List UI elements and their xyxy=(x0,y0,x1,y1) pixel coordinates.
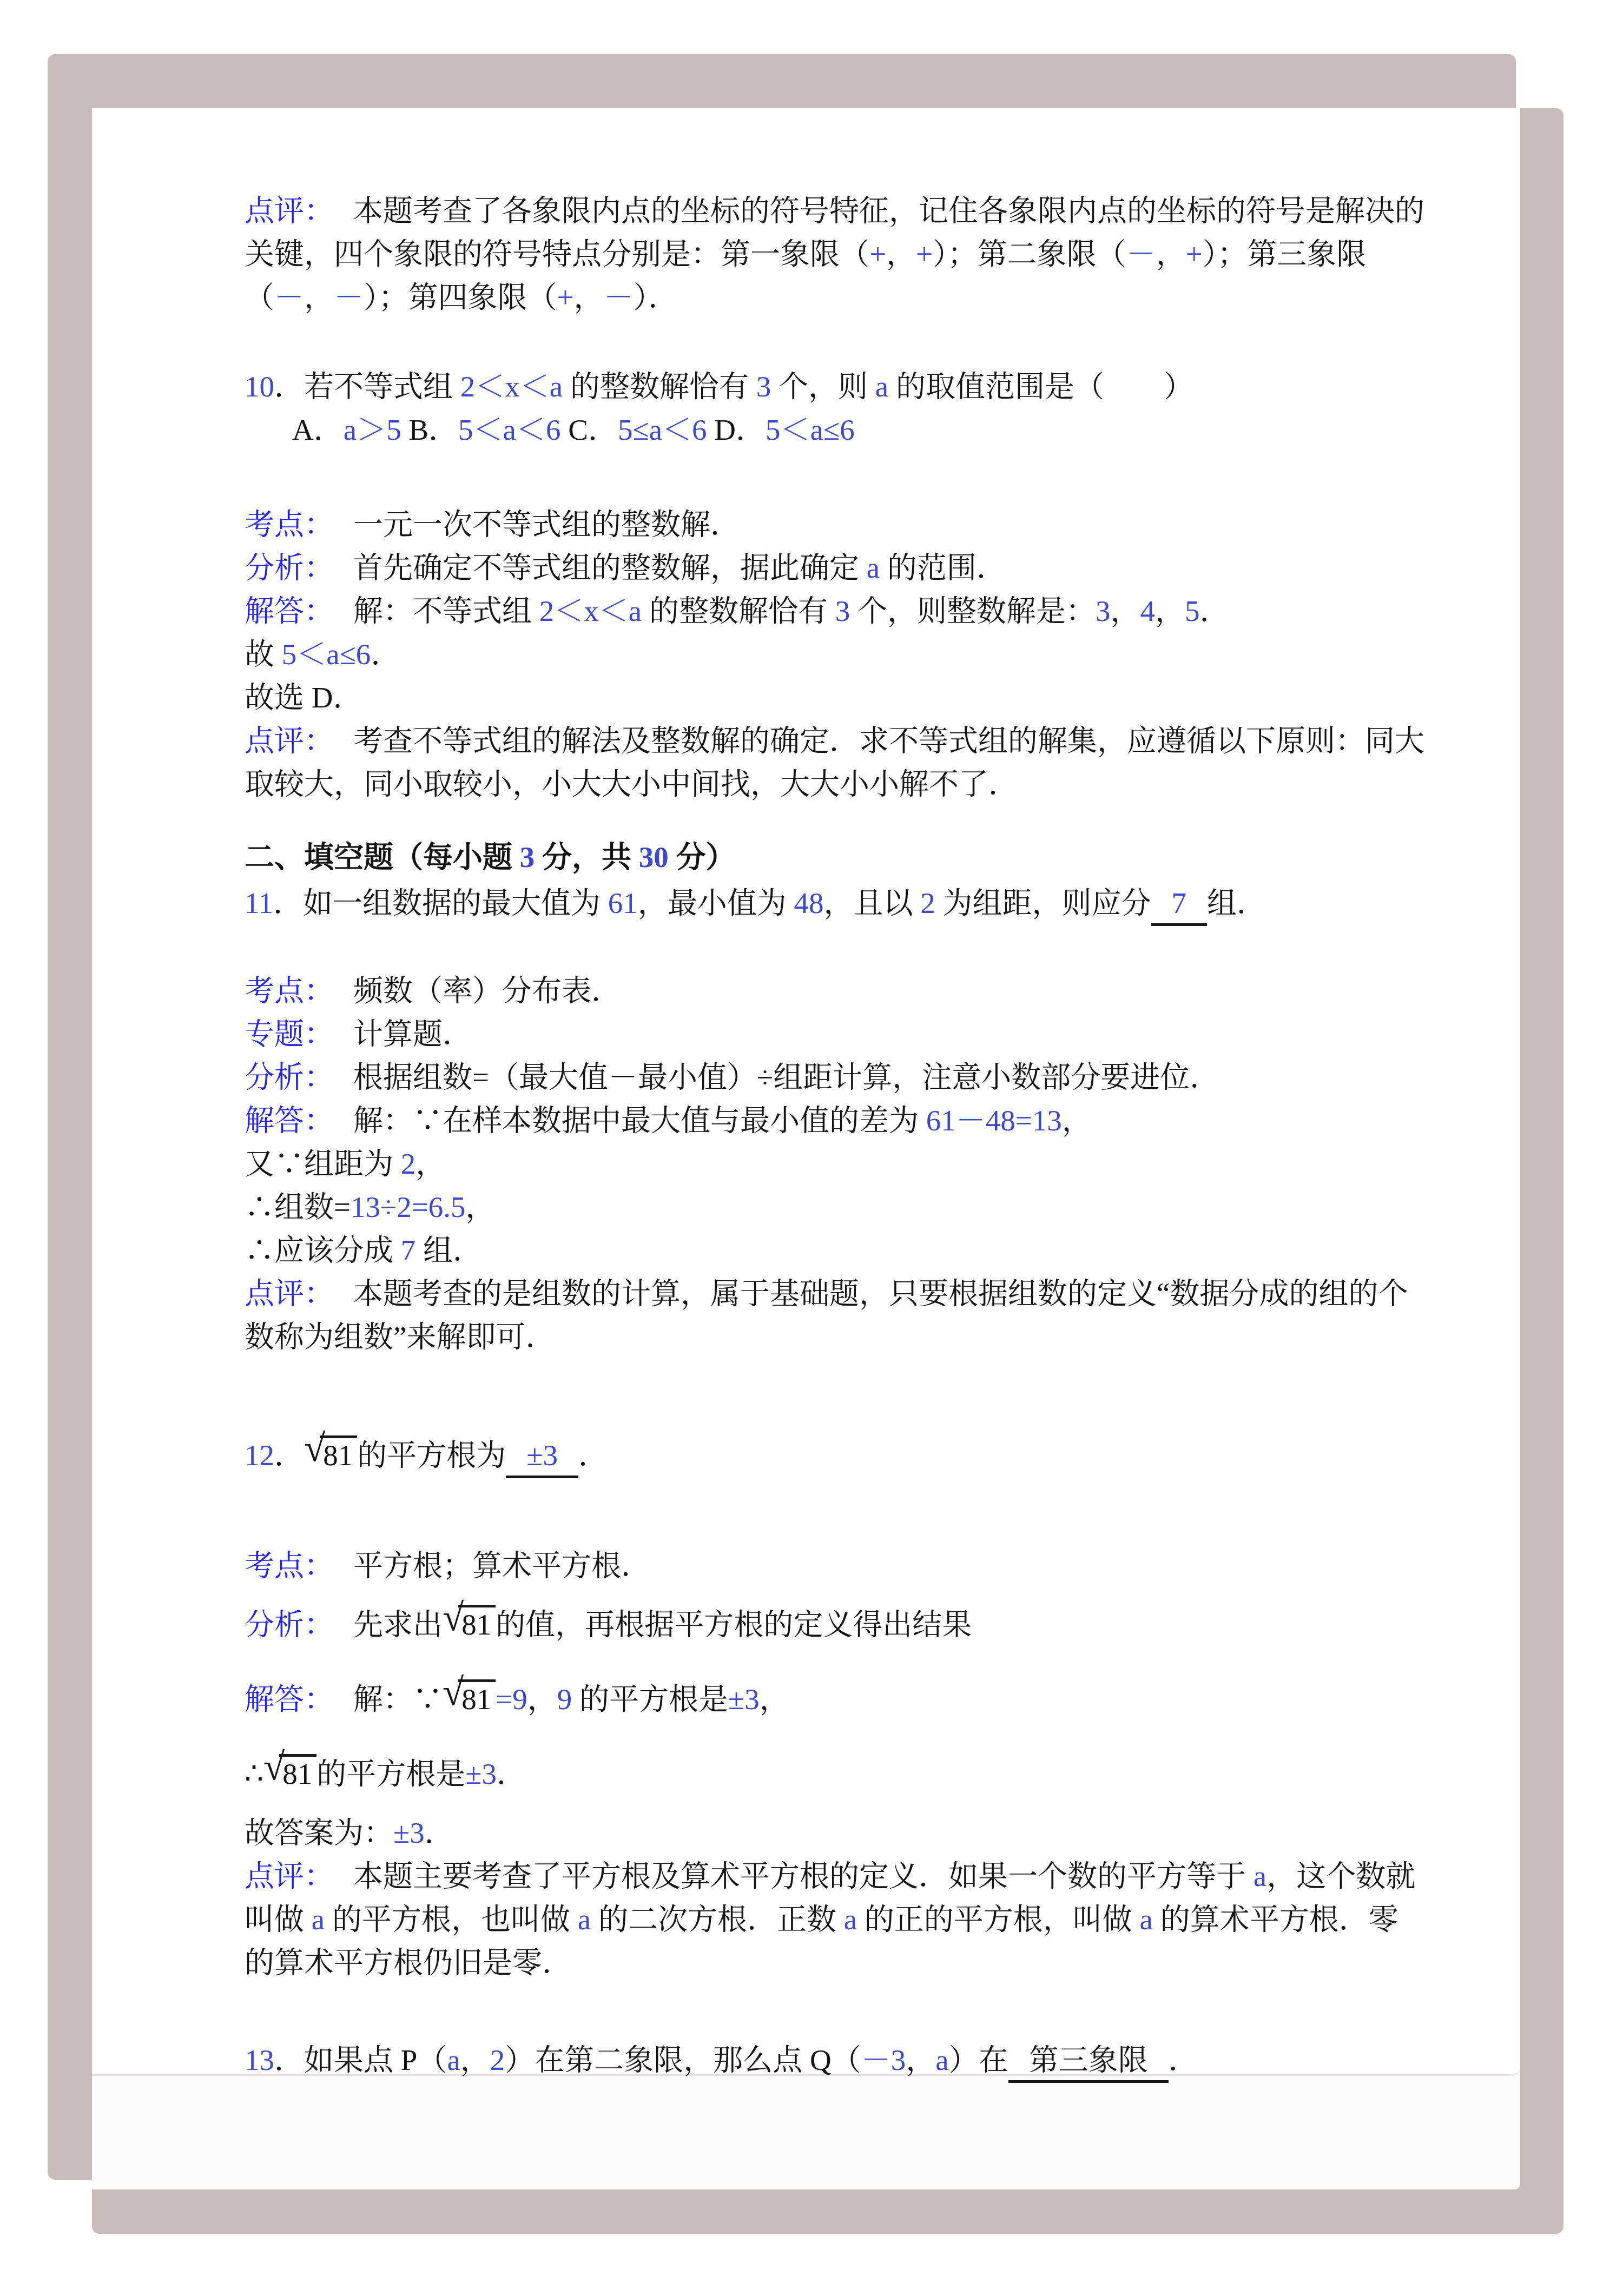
section-label: 专题： xyxy=(245,1017,334,1050)
section-label: 解答： xyxy=(245,1104,334,1137)
text-line: ∴组数=13÷2=6.5， xyxy=(245,1186,1402,1229)
math-run: －3 xyxy=(861,2043,906,2076)
section-label: 分析： xyxy=(245,1061,334,1094)
text-run: 数称为组数”来解即可． xyxy=(245,1320,555,1353)
text-line: 数称为组数”来解即可． xyxy=(245,1315,1402,1359)
text-run: （ xyxy=(245,281,274,314)
text-run: ， xyxy=(304,281,334,314)
latin-run: C． xyxy=(568,413,618,446)
radical-sign-icon: √ xyxy=(443,1598,464,1637)
math-run: 11 xyxy=(245,886,273,919)
text-line: 分析：先求出√81的值，再根据平方根的定义得出结果 xyxy=(245,1587,1402,1662)
math-run: － xyxy=(604,281,634,314)
section-label: 考点： xyxy=(245,508,334,541)
text-run: ．如一组数据的最大值为 xyxy=(273,886,608,919)
math-run: 7 xyxy=(401,1234,416,1267)
math-run: a xyxy=(867,551,880,584)
sqrt-expression: √81 xyxy=(443,1587,496,1662)
heading-run: 分，共 xyxy=(535,841,639,874)
math-run: 5＜a≤6 xyxy=(282,638,371,671)
section-label: 点评： xyxy=(245,194,334,227)
math-run: + xyxy=(1186,237,1203,270)
text-line: ∴应该分成 7 组． xyxy=(245,1229,1402,1272)
text-run: 首先确定不等式组的整数解，据此确定 xyxy=(353,551,867,584)
math-run: 12 xyxy=(245,1439,274,1472)
text-run: ）；第三象限 xyxy=(1203,237,1367,270)
text-run: ， xyxy=(466,1190,496,1223)
heading-math-run: 30 xyxy=(639,841,669,874)
text-run: ．如果点 xyxy=(274,2043,401,2076)
math-run: a＞5 xyxy=(344,413,409,446)
text-line: （－，－）；第四象限（+，－）． xyxy=(245,276,1402,319)
radicand: 81 xyxy=(458,1605,496,1640)
text-line: 故 5＜a≤6． xyxy=(245,633,1402,676)
text-line: ∴√81的平方根是±3． xyxy=(245,1737,1402,1811)
text-run: ， xyxy=(760,1683,789,1716)
comment-paragraph-q9: 点评：本题考查了各象限内点的坐标的符号特征，记住各象限内点的坐标的符号是解决的关… xyxy=(245,189,1402,319)
text-run: 关键，四个象限的符号特点分别是：第一象限（ xyxy=(245,237,869,270)
text-run: 叫做 xyxy=(245,1903,312,1936)
latin-run: B． xyxy=(408,413,458,446)
text-run: 故 xyxy=(245,638,282,671)
sqrt-expression: √81 xyxy=(263,1737,316,1811)
section-heading: 二、填空题（每小题 3 分，共 30 分） xyxy=(245,836,1402,879)
radicand: 81 xyxy=(279,1754,316,1790)
text-run: ）在第二象限，那么点 xyxy=(505,2043,810,2076)
text-line: 10．若不等式组 2＜x＜a 的整数解恰有 3 个，则 a 的取值范围是（ ） xyxy=(245,365,1402,408)
math-run: + xyxy=(869,237,886,270)
math-run: a xyxy=(1253,1860,1266,1893)
text-line: 解答：解：不等式组 2＜x＜a 的整数解恰有 3 个，则整数解是：3，4，5． xyxy=(245,590,1402,633)
text-line: 关键，四个象限的符号特点分别是：第一象限（+，+）；第二象限（－，+）；第三象限 xyxy=(245,233,1402,276)
math-run: =9 xyxy=(496,1683,527,1716)
text-line: 考点：一元一次不等式组的整数解． xyxy=(245,503,1402,546)
text-run: ）；第四象限（ xyxy=(364,281,557,314)
math-run: 5＜a＜6 xyxy=(458,413,568,446)
text-run: 故答案为： xyxy=(245,1816,393,1849)
text-run: ． xyxy=(425,1816,454,1849)
math-run: 3 xyxy=(835,594,850,627)
math-run: 2 xyxy=(490,2043,505,2076)
math-run: ±3 xyxy=(728,1683,760,1716)
section-label: 解答： xyxy=(245,594,334,627)
math-run: 3 xyxy=(756,370,771,403)
sqrt-expression: √81 xyxy=(443,1662,496,1737)
document-content: 点评：本题考查了各象限内点的坐标的符号特征，记住各象限内点的坐标的符号是解决的关… xyxy=(245,189,1402,2083)
text-run: ． xyxy=(1169,2043,1198,2076)
text-run: 解：∵在样本数据中最大值与最小值的差为 xyxy=(353,1104,926,1137)
text-line: 故选 D． xyxy=(245,676,1402,719)
text-run: 的算术平方根．零 xyxy=(1153,1903,1398,1936)
math-run: 61－48=13 xyxy=(926,1104,1062,1137)
text-run: ， xyxy=(1156,237,1186,270)
text-run: ． xyxy=(274,1439,304,1472)
text-run: ）在 xyxy=(949,2043,1008,2076)
text-run: 第三象限 xyxy=(1029,2043,1148,2076)
math-run: 3 xyxy=(1096,594,1111,627)
text-run: 先求出 xyxy=(353,1608,443,1641)
text-run: 的正的平方根，叫做 xyxy=(857,1903,1140,1936)
math-run: a xyxy=(312,1903,325,1936)
text-line: 12．√81的平方根为±3． xyxy=(245,1418,1402,1493)
latin-run: Q xyxy=(810,2043,832,2076)
question-10: 10．若不等式组 2＜x＜a 的整数解恰有 3 个，则 a 的取值范围是（ ）A… xyxy=(245,365,1402,452)
text-line: 点评：本题考查的是组数的计算，属于基础题，只要根据组数的定义“数据分成的组的个 xyxy=(245,1272,1402,1315)
question-11: 11．如一组数据的最大值为 61，最小值为 48，且以 2 为组距，则应分7组． xyxy=(245,882,1402,926)
math-run: － xyxy=(334,281,364,314)
math-run: 5＜a≤6 xyxy=(766,413,855,446)
text-run: ∴组数= xyxy=(245,1190,351,1223)
text-run: 解：∵ xyxy=(353,1683,443,1716)
heading-math-run: 3 xyxy=(520,841,535,874)
text-run: 一元一次不等式组的整数解． xyxy=(353,508,740,541)
text-run: ， xyxy=(886,237,916,270)
text-line: 二、填空题（每小题 3 分，共 30 分） xyxy=(245,836,1402,879)
text-run: ）． xyxy=(634,281,678,314)
section-label: 分析： xyxy=(245,1608,334,1641)
radical-sign-icon: √ xyxy=(263,1748,285,1786)
text-run: 计算题． xyxy=(353,1017,472,1050)
math-run: 9 xyxy=(557,1683,572,1716)
text-run: 的平方根是 xyxy=(572,1683,728,1716)
math-run: a xyxy=(447,2043,460,2076)
text-line: 分析：根据组数=（最大值－最小值）÷组距计算，注意小数部分要进位． xyxy=(245,1056,1402,1099)
text-run: 本题考查的是组数的计算，属于基础题，只要根据组数的定义“数据分成的组的个 xyxy=(353,1277,1408,1310)
text-run: 的平方根是 xyxy=(316,1757,465,1790)
math-run: 5 xyxy=(1185,594,1200,627)
math-run: a xyxy=(935,2043,948,2076)
text-run: ． xyxy=(371,638,400,671)
math-run: a xyxy=(844,1903,857,1936)
solution-10: 考点：一元一次不等式组的整数解．分析：首先确定不等式组的整数解，据此确定 a 的… xyxy=(245,503,1402,806)
text-run: ， xyxy=(460,2043,490,2076)
solution-12: 考点：平方根；算术平方根．分析：先求出√81的值，再根据平方根的定义得出结果解答… xyxy=(245,1544,1402,1984)
text-run: ， xyxy=(1110,594,1140,627)
section-label: 解答： xyxy=(245,1683,334,1716)
text-run: 本题考查了各象限内点的坐标的符号特征，记住各象限内点的坐标的符号是解决的 xyxy=(353,194,1424,227)
text-run: ，且以 xyxy=(824,886,921,919)
text-line: 取较大，同小取较小，小大大小中间找，大大小小解不了． xyxy=(245,763,1402,806)
answer-blank: 7 xyxy=(1151,886,1208,926)
text-line: 点评：本题主要考查了平方根及算术平方根的定义．如果一个数的平方等于 a，这个数就 xyxy=(245,1855,1402,1898)
latin-run: P xyxy=(401,2043,418,2076)
math-run: ±3 xyxy=(465,1757,497,1790)
math-run: 61 xyxy=(608,886,638,919)
text-run: 组． xyxy=(1207,886,1266,919)
text-run: 考查不等式组的解法及整数解的确定．求不等式组的解集，应遵循以下原则：同大 xyxy=(353,724,1424,757)
math-run: － xyxy=(1126,237,1156,270)
math-run: － xyxy=(274,281,304,314)
text-line: 考点：频数（率）分布表． xyxy=(245,969,1402,1013)
math-run: ±3 xyxy=(393,1816,425,1849)
latin-run: A． xyxy=(292,413,344,446)
text-run: （ xyxy=(417,2043,447,2076)
text-line: 考点：平方根；算术平方根． xyxy=(245,1544,1402,1587)
text-line: 的算术平方根仍旧是零． xyxy=(245,1941,1402,1984)
text-run: ，这个数就 xyxy=(1266,1860,1415,1893)
text-line: 又∵组距为 2， xyxy=(245,1142,1402,1186)
text-run: ，最小值为 xyxy=(638,886,794,919)
math-run: 13 xyxy=(245,2043,274,2076)
text-run: ， xyxy=(415,1147,445,1180)
answer-blank: ±3 xyxy=(506,1439,578,1478)
math-run: 2＜x＜a xyxy=(460,370,563,403)
radical-sign-icon: √ xyxy=(304,1429,325,1468)
text-run: （ xyxy=(832,2043,861,2076)
text-run: 取较大，同小取较小，小大大小中间找，大大小小解不了． xyxy=(245,767,1018,800)
text-run: 的整数解恰有 xyxy=(563,370,756,403)
math-run: + xyxy=(557,281,574,314)
section-label: 点评： xyxy=(245,724,334,757)
answer-blank: 第三象限 xyxy=(1008,2043,1169,2083)
text-run: 的整数解恰有 xyxy=(642,594,835,627)
text-run: 解：不等式组 xyxy=(353,594,539,627)
text-run: ∴ xyxy=(245,1757,263,1790)
math-run: a xyxy=(1140,1903,1153,1936)
text-run: ． xyxy=(578,1439,608,1472)
text-line: 专题：计算题． xyxy=(245,1013,1402,1056)
text-line: 解答：解：∵√81=9，9 的平方根是±3， xyxy=(245,1662,1402,1737)
text-line: A．a＞5 B．5＜a＜6 C．5≤a＜6 D．5＜a≤6 xyxy=(245,408,1402,452)
solution-11: 考点：频数（率）分布表．专题：计算题．分析：根据组数=（最大值－最小值）÷组距计… xyxy=(245,969,1402,1359)
text-run: ∴应该分成 xyxy=(245,1234,401,1267)
math-run: 2 xyxy=(920,886,935,919)
text-run: 个，则整数解是： xyxy=(850,594,1096,627)
math-run: 5≤a＜6 xyxy=(618,413,714,446)
math-run: + xyxy=(916,237,933,270)
radical-sign-icon: √ xyxy=(443,1673,464,1712)
text-run: ． xyxy=(333,681,363,714)
heading-run: 分） xyxy=(669,841,736,874)
text-line: 点评：本题考查了各象限内点的坐标的符号特征，记住各象限内点的坐标的符号是解决的 xyxy=(245,189,1402,233)
text-run: 的值，再根据平方根的定义得出结果 xyxy=(496,1608,972,1641)
text-run: 为组距，则应分 xyxy=(935,886,1151,919)
text-run: ． xyxy=(1200,594,1230,627)
text-run: 的算术平方根仍旧是零． xyxy=(245,1946,572,1979)
text-run: ）；第二象限（ xyxy=(933,237,1126,270)
section-label: 考点： xyxy=(245,974,334,1007)
math-run: 4 xyxy=(1140,594,1156,627)
text-run: ， xyxy=(527,1683,557,1716)
radicand: 81 xyxy=(458,1679,496,1715)
text-run: 根据组数=（最大值－最小值）÷组距计算，注意小数部分要进位． xyxy=(353,1061,1219,1094)
text-line: 故答案为：±3． xyxy=(245,1811,1402,1855)
math-run: 7 xyxy=(1172,886,1187,919)
latin-run: D． xyxy=(714,413,766,446)
math-run: 13÷2=6.5 xyxy=(351,1190,465,1223)
math-run: 2 xyxy=(401,1147,416,1180)
text-run: 的范围． xyxy=(880,551,1006,584)
text-run: 的平方根为 xyxy=(357,1439,506,1472)
exam-page: 点评：本题考查了各象限内点的坐标的符号特征，记住各象限内点的坐标的符号是解决的关… xyxy=(92,108,1520,2076)
text-line: 分析：首先确定不等式组的整数解，据此确定 a 的范围． xyxy=(245,546,1402,590)
question-13: 13．如果点 P（a，2）在第二象限，那么点 Q（－3，a）在第三象限． xyxy=(245,2039,1402,2083)
text-run: ．若不等式组 xyxy=(274,370,460,403)
section-label: 分析： xyxy=(245,551,334,584)
text-run: 平方根；算术平方根． xyxy=(353,1549,651,1582)
question-12: 12．√81的平方根为±3． xyxy=(245,1418,1402,1493)
radicand: 81 xyxy=(320,1435,357,1471)
text-line: 13．如果点 P（a，2）在第二象限，那么点 Q（－3，a）在第三象限． xyxy=(245,2039,1402,2083)
text-run: 本题主要考查了平方根及算术平方根的定义．如果一个数的平方等于 xyxy=(353,1860,1253,1893)
text-run: ． xyxy=(497,1757,526,1790)
text-line: 点评：考查不等式组的解法及整数解的确定．求不等式组的解集，应遵循以下原则：同大 xyxy=(245,719,1402,763)
math-run: ±3 xyxy=(526,1439,558,1472)
text-run: ， xyxy=(1062,1104,1092,1137)
text-line: 11．如一组数据的最大值为 61，最小值为 48，且以 2 为组距，则应分7组． xyxy=(245,882,1402,926)
text-run: 个，则 xyxy=(771,370,875,403)
text-line: 叫做 a 的平方根，也叫做 a 的二次方根．正数 a 的正的平方根，叫做 a 的… xyxy=(245,1898,1402,1941)
text-line: 解答：解：∵在样本数据中最大值与最小值的差为 61－48=13， xyxy=(245,1099,1402,1142)
latin-run: D xyxy=(312,681,333,714)
sqrt-expression: √81 xyxy=(304,1418,357,1493)
text-run: 故选 xyxy=(245,681,312,714)
text-run: 的二次方根．正数 xyxy=(591,1903,844,1936)
text-run: ， xyxy=(1155,594,1185,627)
section-label: 考点： xyxy=(245,1549,334,1582)
math-run: a xyxy=(875,370,888,403)
section-label: 点评： xyxy=(245,1277,334,1310)
math-run: 2＜x＜a xyxy=(539,594,642,627)
math-run: 48 xyxy=(794,886,824,919)
text-run: ， xyxy=(906,2043,935,2076)
text-run: 频数（率）分布表． xyxy=(353,974,621,1007)
text-run: 又∵组距为 xyxy=(245,1147,401,1180)
text-run: 的平方根，也叫做 xyxy=(325,1903,578,1936)
text-run: 的取值范围是（ ） xyxy=(888,370,1193,403)
section-label: 点评： xyxy=(245,1860,334,1893)
math-run: a xyxy=(578,1903,591,1936)
text-run: ， xyxy=(574,281,604,314)
text-run: 组． xyxy=(415,1234,483,1267)
math-run: 10 xyxy=(245,370,274,403)
heading-run: 二、填空题（每小题 xyxy=(245,841,520,874)
